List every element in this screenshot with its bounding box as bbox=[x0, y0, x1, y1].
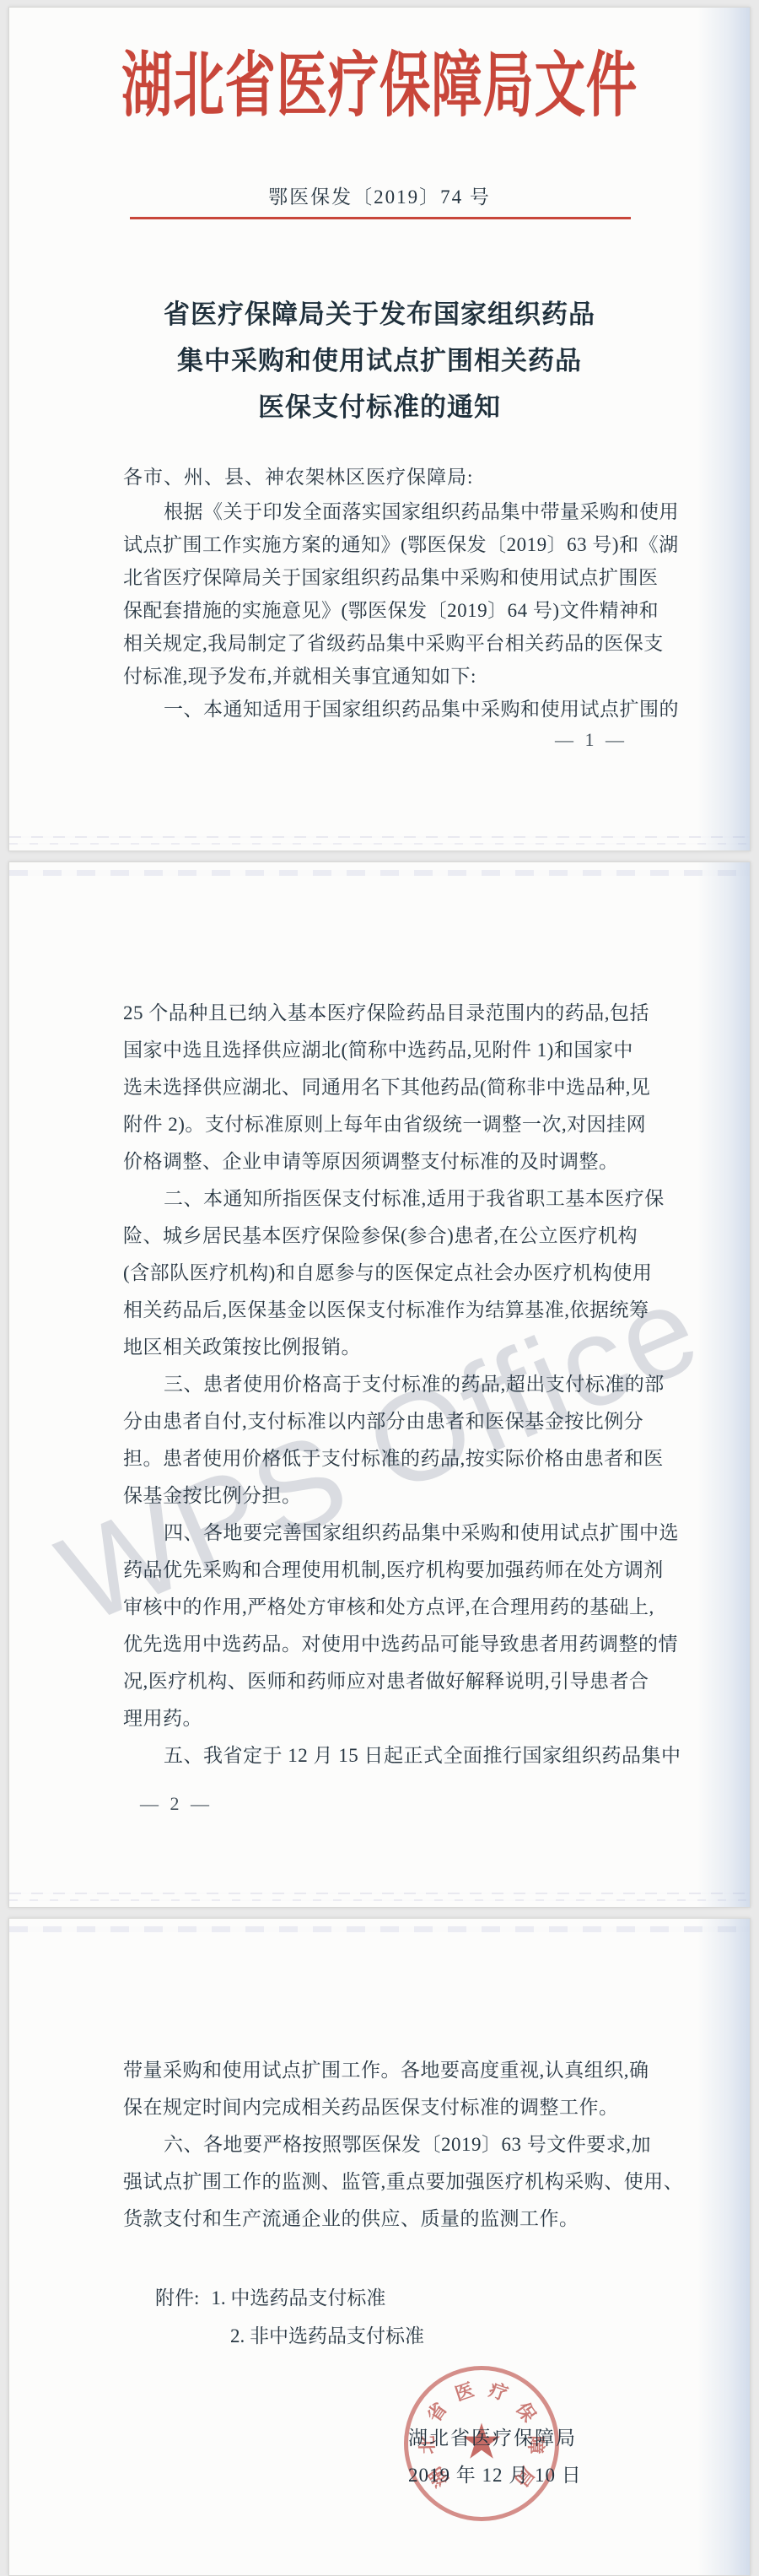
body-line: 付标准,现予发布,并就相关事宜通知如下: bbox=[123, 660, 680, 693]
document-page-2: WPS Office 25 个品种且已纳入基本医疗保险药品目录范围内的药品,包括… bbox=[8, 861, 751, 1908]
page1-body-text: 根据《关于印发全面落实国家组织药品集中带量采购和使用试点扩围工作实施方案的通知》… bbox=[123, 495, 680, 726]
signature-agency-name: 湖北省医疗保障局 bbox=[408, 2422, 577, 2450]
body-line: 优先选用中选药品。对使用中选药品可能导致患者用药调整的情 bbox=[123, 1626, 680, 1663]
seal-arc-char: 医 bbox=[451, 2378, 476, 2403]
body-line: 况,医疗机构、医师和药师应对患者做好解释说明,引导患者合 bbox=[123, 1663, 680, 1700]
scan-artifact-right-edge bbox=[697, 1919, 750, 2575]
body-line: 分由患者自付,支付标准以内部分由患者和医保基金按比例分 bbox=[123, 1403, 680, 1440]
body-line: 审核中的作用,严格处方审核和处方点评,在合理用药的基础上, bbox=[123, 1589, 680, 1626]
body-line: (含部队医疗机构)和自愿参与的医保定点社会办医疗机构使用 bbox=[123, 1255, 680, 1292]
seal-arc-char: 省 bbox=[422, 2397, 449, 2425]
body-line: 附件 2)。支付标准原则上每年由省级统一调整一次,对因挂网 bbox=[123, 1106, 680, 1143]
body-line: 险、城乡居民基本医疗保险参保(参合)患者,在公立医疗机构 bbox=[123, 1218, 680, 1255]
body-line: 强试点扩围工作的监测、监管,重点要加强医疗机构采购、使用、 bbox=[123, 2163, 680, 2201]
document-page-3: 带量采购和使用试点扩围工作。各地要高度重视,认真组织,确保在规定时间内完成相关药… bbox=[8, 1918, 751, 2576]
letterhead-divider-line bbox=[130, 217, 631, 219]
seal-arc-char: 保 bbox=[513, 2397, 541, 2425]
notice-title: 省医疗保障局关于发布国家组织药品集中采购和使用试点扩围相关药品医保支付标准的通知 bbox=[9, 291, 750, 430]
notice-title-line: 集中采购和使用试点扩围相关药品 bbox=[9, 338, 750, 384]
body-line: 根据《关于印发全面落实国家组织药品集中带量采购和使用 bbox=[123, 495, 680, 528]
body-line: 六、各地要严格按照鄂医保发〔2019〕63 号文件要求,加 bbox=[123, 2126, 680, 2163]
notice-title-line: 医保支付标准的通知 bbox=[9, 384, 750, 430]
body-line: 带量采购和使用试点扩围工作。各地要高度重视,认真组织,确 bbox=[123, 2052, 680, 2089]
scan-artifact-top bbox=[9, 1926, 750, 1932]
body-line: 价格调整、企业申请等原因须调整支付标准的及时调整。 bbox=[123, 1143, 680, 1180]
body-line: 25 个品种且已纳入基本医疗保险药品目录范围内的药品,包括 bbox=[123, 995, 680, 1032]
body-line: 药品优先采购和合理使用机制,医疗机构要加强药师在处方调剂 bbox=[123, 1552, 680, 1589]
body-line: 货款支付和生产流通企业的供应、质量的监测工作。 bbox=[123, 2201, 680, 2238]
notice-title-line: 省医疗保障局关于发布国家组织药品 bbox=[9, 291, 750, 338]
body-line: 保在规定时间内完成相关药品医保支付标准的调整工作。 bbox=[123, 2089, 680, 2126]
page2-body-text: 25 个品种且已纳入基本医疗保险药品目录范围内的药品,包括国家中选且选择供应湖北… bbox=[123, 995, 680, 1774]
document-viewer-canvas: 湖北省医疗保障局文件 鄂医保发〔2019〕74 号 省医疗保障局关于发布国家组织… bbox=[0, 0, 759, 2576]
attachment-row-1: 附件:1. 中选药品支付标准 bbox=[155, 2279, 424, 2317]
body-line: 地区相关政策按比例报销。 bbox=[123, 1329, 680, 1366]
body-line: 试点扩围工作实施方案的通知》(鄂医保发〔2019〕63 号)和《湖 bbox=[123, 528, 680, 561]
page3-body-text: 带量采购和使用试点扩围工作。各地要高度重视,认真组织,确保在规定时间内完成相关药… bbox=[123, 2052, 680, 2238]
page-number-2: — 2 — bbox=[140, 1793, 213, 1815]
body-line: 理用药。 bbox=[123, 1700, 680, 1737]
body-line: 四、各地要完善国家组织药品集中采购和使用试点扩围中选 bbox=[123, 1515, 680, 1552]
attachments-label: 附件: bbox=[155, 2287, 199, 2309]
attachment-item-1: 1. 中选药品支付标准 bbox=[211, 2287, 385, 2309]
scan-artifact-bottom bbox=[9, 1893, 750, 1902]
body-line: 相关规定,我局制定了省级药品集中采购平台相关药品的医保支 bbox=[123, 627, 680, 660]
document-page-1: 湖北省医疗保障局文件 鄂医保发〔2019〕74 号 省医疗保障局关于发布国家组织… bbox=[8, 7, 751, 851]
document-number: 鄂医保发〔2019〕74 号 bbox=[9, 181, 750, 209]
body-line: 二、本通知所指医保支付标准,适用于我省职工基本医疗保 bbox=[123, 1180, 680, 1218]
body-line: 国家中选且选择供应湖北(简称中选药品,见附件 1)和国家中 bbox=[123, 1032, 680, 1069]
scan-artifact-top bbox=[9, 870, 750, 876]
body-line: 三、患者使用价格高于支付标准的药品,超出支付标准的部 bbox=[123, 1366, 680, 1403]
body-line: 一、本通知适用于国家组织药品集中采购和使用试点扩围的 bbox=[123, 693, 680, 726]
seal-arc-char: 疗 bbox=[487, 2378, 512, 2403]
body-line: 选未选择供应湖北、同通用名下其他药品(简称非中选品种,见 bbox=[123, 1069, 680, 1106]
body-line: 五、我省定于 12 月 15 日起正式全面推行国家组织药品集中 bbox=[123, 1737, 680, 1774]
attachments-block: 附件:1. 中选药品支付标准 2. 非中选药品支付标准 bbox=[155, 2279, 424, 2355]
salutation-line: 各市、州、县、神农架林区医疗保障局: bbox=[123, 462, 473, 489]
body-line: 相关药品后,医保基金以医保支付标准作为结算基准,依据统筹 bbox=[123, 1292, 680, 1329]
red-letterhead-title: 湖北省医疗保障局文件 bbox=[113, 45, 646, 129]
attachment-item-2: 2. 非中选药品支付标准 bbox=[230, 2325, 424, 2346]
scan-artifact-bottom bbox=[9, 836, 750, 845]
body-line: 保基金按比例分担。 bbox=[123, 1477, 680, 1515]
page-number-1: — 1 — bbox=[555, 729, 627, 751]
attachment-row-2: 2. 非中选药品支付标准 bbox=[155, 2317, 424, 2355]
body-line: 保配套措施的实施意见》(鄂医保发〔2019〕64 号)文件精神和 bbox=[123, 594, 680, 627]
scan-artifact-right-edge bbox=[697, 862, 750, 1907]
body-line: 担。患者使用价格低于支付标准的药品,按实际价格由患者和医 bbox=[123, 1440, 680, 1477]
body-line: 北省医疗保障局关于国家组织药品集中采购和使用试点扩围医 bbox=[123, 561, 680, 594]
signature-date: 2019 年 12 月 10 日 bbox=[408, 2460, 582, 2487]
